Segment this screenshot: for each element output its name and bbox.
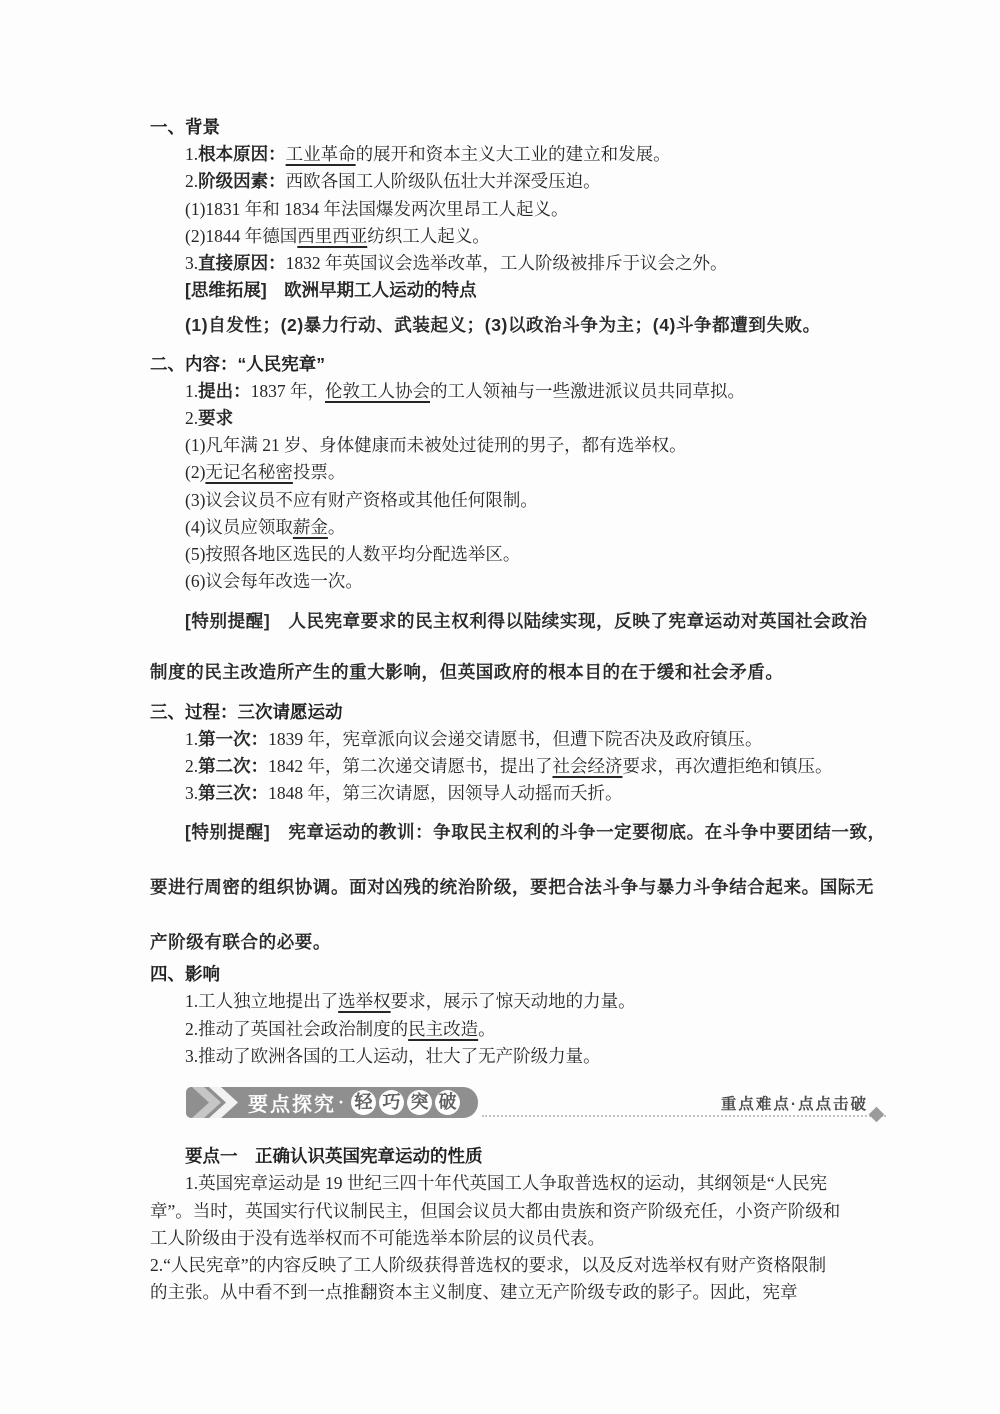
text-run: 3. [185,253,198,273]
text-run: (2)1844 年德国 [185,226,297,246]
text-run: [特别提醒] [185,611,270,631]
text-line: 1.英国宪章运动是 19 世纪三四十年代英国工人争取普选权的运动，其纲领是“人民… [150,1170,870,1197]
text-run: 工人阶级由于没有选举权而不可能选举本阶层的议员代表。 [150,1228,605,1248]
bold-label: 第一次： [198,729,268,749]
bold-label: 直接原因： [198,253,286,273]
text-run: 投票。 [293,462,346,482]
text-run: 1839 年，宪章派向议会递交请愿书，但遭下院否决及政府镇压。 [268,729,762,749]
section-banner: 要点探究 · 轻 巧 突 破 重点难点·点点击破 [150,1085,870,1123]
text-run: (2) [185,462,205,482]
underlined-term: 工业革命 [286,144,356,164]
analysis-section: 要点一 正确认识英国宪章运动的性质1.英国宪章运动是 19 世纪三四十年代英国工… [150,1143,870,1306]
text-run: 的工人领袖与一些激进派议员共同草拟。 [430,381,745,401]
special-note: 要进行周密的组织协调。面对凶残的统治阶级，要把合法斗争与暴力斗争结合起来。国际无 [150,874,870,901]
text-run: 2. [185,171,198,191]
text-run: 纺织工人起义。 [367,226,490,246]
text-run: 要点一 正确认识英国宪章运动的性质 [185,1146,483,1166]
text-run: 2. [185,756,198,776]
text-run: 要求，再次遭拒绝和镇压。 [623,756,833,776]
text-line: 3.推动了欧洲各国的工人运动，壮大了无产阶级力量。 [150,1043,870,1070]
text-run: 3.推动了欧洲各国的工人运动，壮大了无产阶级力量。 [185,1046,601,1066]
text-run: 1. [185,144,198,164]
banner-right-label: 重点难点·点点击破 [721,1092,868,1114]
text-line: 1.提出：1837 年，伦敦工人协会的工人领袖与一些激进派议员共同草拟。 [150,378,870,405]
topic-heading: 要点一 正确认识英国宪章运动的性质 [150,1143,870,1170]
underlined-term: 伦敦工人协会 [325,381,430,401]
text-line: (6)议会每年改选一次。 [150,568,870,595]
bold-label: 根本原因： [198,144,286,164]
text-line: (1)自发性；(2)暴力行动、武装起义；(3)以政治斗争为主；(4)斗争都遭到失… [150,312,870,339]
text-run: (1)凡年满 21 岁、身体健康而未被处过徒刑的男子，都有选举权。 [185,435,687,455]
section-heading: 三、过程：三次请愿运动 [150,699,870,726]
text-line: (3)议会议员不应有财产资格或其他任何限制。 [150,487,870,514]
text-run: 三、过程：三次请愿运动 [150,702,343,722]
underlined-term: 西里西亚 [297,226,367,246]
text-line: 1.根本原因：工业革命的展开和资本主义大工业的建立和发展。 [150,141,870,168]
text-run: (4)议员应领取 [185,517,293,537]
text-run [270,611,288,631]
text-run: 3. [185,783,198,803]
text-run: 要进行周密的组织协调。面对凶残的统治阶级，要把合法斗争与暴力斗争结合起来。国际无 [150,877,874,897]
special-note: 产阶级有联合的必要。 [150,929,870,956]
text-run: (3)议会议员不应有财产资格或其他任何限制。 [185,490,538,510]
text-run: 四、影响 [150,964,220,984]
text-line: 2.阶级因素：西欧各国工人阶级队伍壮大并深受压迫。 [150,168,870,195]
banner-title: 要点探究 [248,1088,336,1117]
text-run: 西欧各国工人阶级队伍壮大并深受压迫。 [286,171,601,191]
text-run: 一、背景 [150,117,220,137]
special-note: 制度的民主改造所产生的重大影响，但英国政府的根本目的在于缓和社会矛盾。 [150,659,870,686]
text-run: 章”。当时，英国实行代议制民主，但国会议员大都由贵族和资产阶级充任，小资产阶级和 [150,1201,840,1221]
special-note: [特别提醒] 人民宪章要求的民主权利得以陆续实现，反映了宪章运动对英国社会政治 [150,608,870,635]
bold-label: 欧洲早期工人运动的特点 [284,280,477,300]
text-run: 。 [328,517,346,537]
text-line: 1.第一次：1839 年，宪章派向议会递交请愿书，但遭下院否决及政府镇压。 [150,726,870,753]
section-heading: 一、背景 [150,114,870,141]
section-heading: 二、内容：“人民宪章” [150,351,870,378]
document-content: 一、背景1.根本原因：工业革命的展开和资本主义大工业的建立和发展。2.阶级因素：… [0,0,1000,1306]
diamond-icon [869,1107,885,1123]
text-run: 1842 年，第二次递交请愿书，提出了 [268,756,552,776]
text-run: 的主张。从中看不到一点推翻资本主义制度、建立无产阶级专政的影子。因此，宪章 [150,1282,798,1302]
text-run: 1.英国宪章运动是 19 世纪三四十年代英国工人争取普选权的运动，其纲领是“人民… [185,1173,827,1193]
text-line: (2)无记名秘密投票。 [150,459,870,486]
text-run: (1)自发性；(2)暴力行动、武装起义；(3)以政治斗争为主；(4)斗争都遭到失… [185,315,821,335]
banner-circle-char: 突 [407,1090,432,1115]
text-line: 的主张。从中看不到一点推翻资本主义制度、建立无产阶级专政的影子。因此，宪章 [150,1279,870,1306]
text-run: 2.推动了英国社会政治制度的 [185,1019,408,1039]
text-run: (6)议会每年改选一次。 [185,571,363,591]
text-line: (4)议员应领取薪金。 [150,514,870,541]
bold-label: 第二次： [198,756,268,776]
text-line: [思维拓展] 欧洲早期工人运动的特点 [150,277,870,304]
banner-circle-char: 破 [435,1090,460,1115]
special-note: [特别提醒] 宪章运动的教训：争取民主权利的斗争一定要彻底。在斗争中要团结一致， [150,819,870,846]
text-line: 2.要求 [150,405,870,432]
bold-label: 要求 [198,408,233,428]
text-line: 工人阶级由于没有选举权而不可能选举本阶层的议员代表。 [150,1225,870,1252]
text-run: 宪章运动的教训：争取民主权利的斗争一定要彻底。在斗争中要团结一致， [288,822,885,842]
text-line: 3.直接原因：1832 年英国议会选举改革，工人阶级被排斥于议会之外。 [150,250,870,277]
text-run: [特别提醒] [185,822,270,842]
outline-section: 一、背景1.根本原因：工业革命的展开和资本主义大工业的建立和发展。2.阶级因素：… [150,114,870,1070]
text-run: 1832 年英国议会选举改革，工人阶级被排斥于议会之外。 [286,253,728,273]
section-heading: 四、影响 [150,961,870,988]
text-run: 的展开和资本主义大工业的建立和发展。 [356,144,671,164]
text-run: 要求，展示了惊天动地的力量。 [391,991,636,1011]
text-line: 2.推动了英国社会政治制度的民主改造。 [150,1016,870,1043]
bold-label: 阶级因素： [198,171,286,191]
document-page: 一、背景1.根本原因：工业革命的展开和资本主义大工业的建立和发展。2.阶级因素：… [0,0,1000,1414]
text-line: 1.工人独立地提出了选举权要求，展示了惊天动地的力量。 [150,988,870,1015]
underlined-term: 社会经济 [553,756,623,776]
text-line: 章”。当时，英国实行代议制民主，但国会议员大都由贵族和资产阶级充任，小资产阶级和 [150,1198,870,1225]
text-line: 3.第三次：1848 年，第三次请愿，因领导人动摇而夭折。 [150,780,870,807]
dotted-rule [482,1115,886,1117]
text-run: 1837 年， [251,381,325,401]
banner-circle-char: 轻 [351,1090,376,1115]
text-run: 二、内容：“人民宪章” [150,354,325,374]
text-run: (5)按照各地区选民的人数平均分配选举区。 [185,544,520,564]
underlined-term: 无记名秘密 [205,462,293,482]
text-run: 产阶级有联合的必要。 [150,932,331,952]
text-run: 1. [185,729,198,749]
underlined-term: 薪金 [293,517,328,537]
underlined-term: 民主改造 [408,1019,478,1039]
text-run: 人民宪章要求的民主权利得以陆续实现，反映了宪章运动对英国社会政治 [288,611,867,631]
text-run [270,822,288,842]
banner-separator-dot: · [338,1092,344,1113]
text-run: 1. [185,381,198,401]
text-run: 1848 年，第三次请愿，因领导人动摇而夭折。 [268,783,622,803]
banner-circle-char: 巧 [379,1090,404,1115]
text-run: 。 [478,1019,496,1039]
text-line: (1)1831 年和 1834 年法国爆发两次里昂工人起义。 [150,196,870,223]
text-run: (1)1831 年和 1834 年法国爆发两次里昂工人起义。 [185,199,569,219]
text-run: 1.工人独立地提出了 [185,991,338,1011]
bold-label: 第三次： [198,783,268,803]
text-run: 制度的民主改造所产生的重大影响，但英国政府的根本目的在于缓和社会矛盾。 [150,662,784,682]
text-line: (1)凡年满 21 岁、身体健康而未被处过徒刑的男子，都有选举权。 [150,432,870,459]
text-run: 2.“人民宪章”的内容反映了工人阶级获得普选权的要求，以及反对选举权有财产资格限… [150,1255,826,1275]
text-line: (5)按照各地区选民的人数平均分配选举区。 [150,541,870,568]
double-chevron-icon [188,1087,246,1118]
text-line: 2.第二次：1842 年，第二次递交请愿书，提出了社会经济要求，再次遭拒绝和镇压… [150,753,870,780]
text-line: (2)1844 年德国西里西亚纺织工人起义。 [150,223,870,250]
banner-box: 要点探究 · 轻 巧 突 破 [186,1087,478,1118]
text-run [267,280,285,300]
bold-label: [思维拓展] [185,280,267,300]
text-line: 2.“人民宪章”的内容反映了工人阶级获得普选权的要求，以及反对选举权有财产资格限… [150,1252,870,1279]
bold-label: 提出： [198,381,251,401]
text-run: 2. [185,408,198,428]
underlined-term: 选举权 [338,991,391,1011]
